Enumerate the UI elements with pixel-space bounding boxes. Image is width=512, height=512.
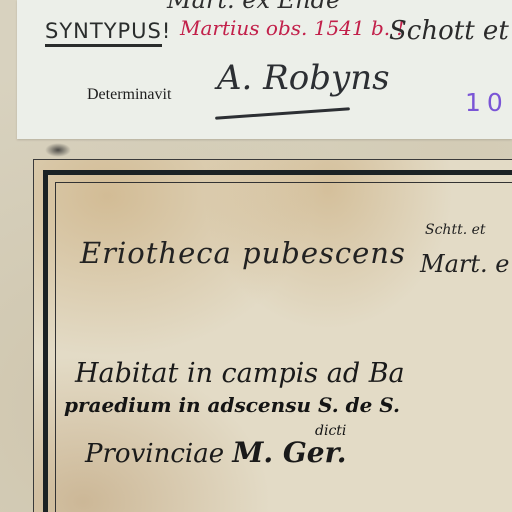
- species-name: Eriotheca pubescens: [80, 236, 406, 270]
- syntypus-annotation: SYNTYPUS!: [45, 19, 171, 43]
- label-top-partial-text: Mart. ex Ende: [167, 0, 340, 14]
- province-region: M. Ger.: [232, 436, 346, 469]
- syntypus-exclamation: !: [162, 19, 171, 43]
- province-label: Provinciae: [85, 439, 224, 469]
- habitat-line-1: Habitat in campis ad Ba: [75, 358, 405, 389]
- species-author: Mart. e: [420, 250, 509, 278]
- ink-blot: [45, 143, 71, 157]
- accession-stamp: 10 S: [465, 88, 512, 117]
- schott-author-text: Schott et E: [389, 16, 512, 46]
- syntypus-word: SYNTYPUS: [45, 19, 162, 47]
- determiner-signature: A. Robyns: [217, 58, 390, 98]
- signature-underline: [215, 107, 350, 119]
- habitat-line-2: praedium in adscensu S. de S.: [64, 393, 400, 417]
- determinavit-label: Determinavit: [87, 86, 171, 104]
- herbarium-sheet: Mart. ex Ende SYNTYPUS! Martius obs. 154…: [0, 0, 512, 512]
- author-superscript: Schtt. et: [425, 222, 486, 238]
- habitat-line-3: Provinciae M. Ger.: [85, 436, 347, 469]
- martius-note: Martius obs. 1541 b. !: [180, 16, 405, 40]
- determination-label: Mart. ex Ende SYNTYPUS! Martius obs. 154…: [17, 0, 512, 139]
